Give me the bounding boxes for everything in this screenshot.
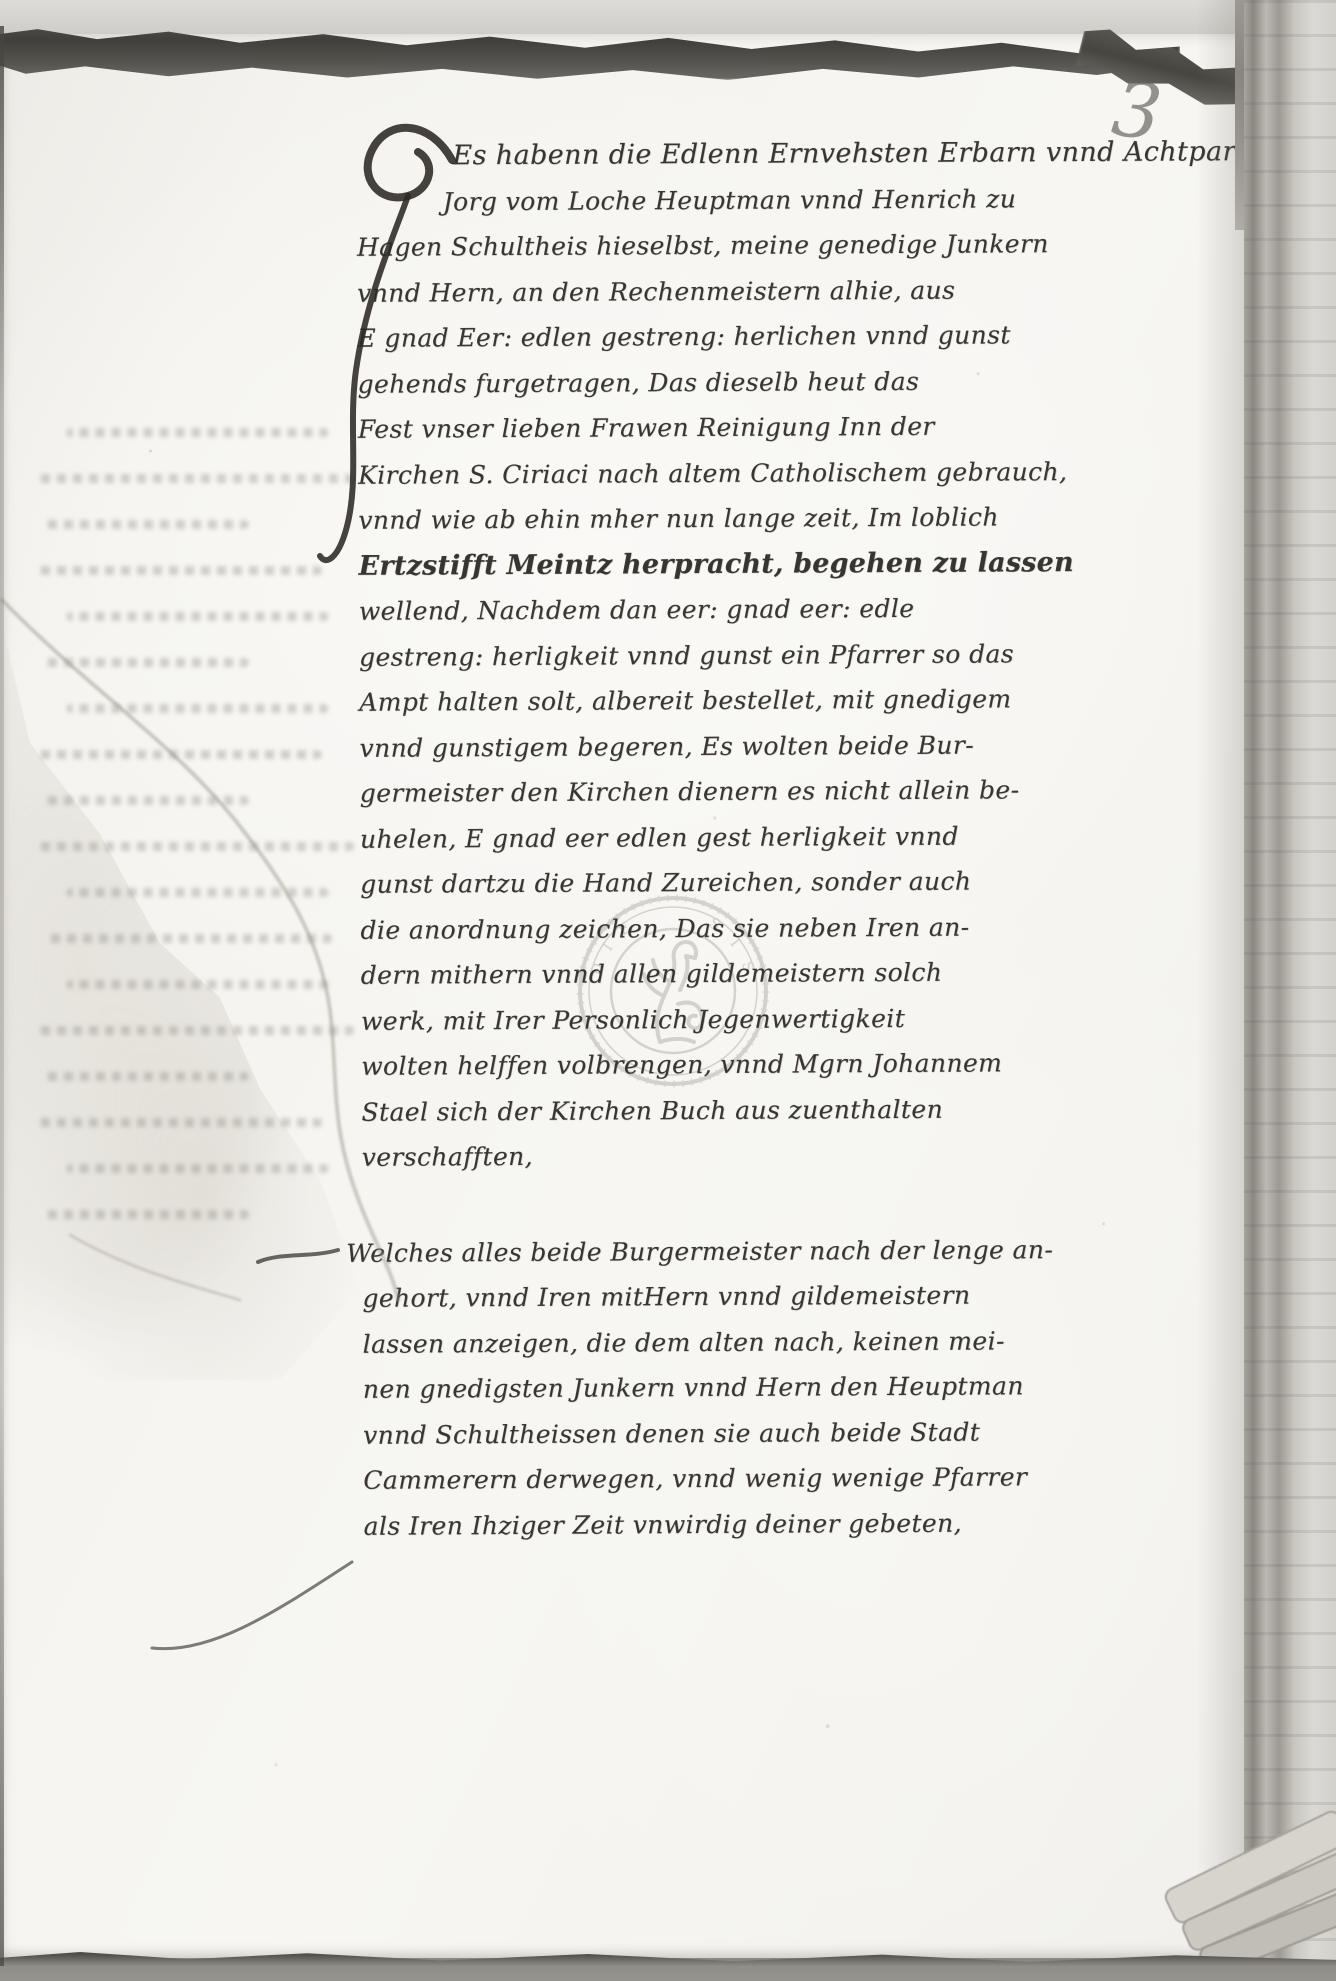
page-stack-edge	[1244, 0, 1336, 1981]
bleedthrough-line	[66, 612, 328, 621]
manuscript-text-block: Es habenn die Edlenn Ernvehsten Erbarn v…	[356, 130, 1043, 1549]
manuscript-line: lassen anzeigen, die dem alten nach, kei…	[363, 1318, 1043, 1367]
paragraph-1: Es habenn die Edlenn Ernvehsten Erbarn v…	[356, 130, 1041, 1180]
bleedthrough-line	[66, 428, 328, 437]
manuscript-line: Welches alles beide Burgermeister nach d…	[346, 1227, 1042, 1276]
manuscript-line: gehends furgetragen, Das dieselb heut da…	[357, 358, 1037, 407]
bleedthrough-line	[34, 1118, 322, 1127]
bleedthrough-line	[66, 704, 328, 713]
page-edge-shadow	[1196, 0, 1248, 1981]
bleedthrough-line	[34, 1026, 354, 1035]
manuscript-line: gunst dartzu die Hand Zureichen, sonder …	[360, 858, 1040, 907]
bleedthrough-line	[44, 1210, 249, 1219]
bleedthrough-line	[44, 658, 249, 667]
manuscript-line: Cammerern derwegen, vnnd wenig wenige Pf…	[363, 1454, 1043, 1503]
bleedthrough-line	[34, 566, 322, 575]
manuscript-line: vnnd Hern, an den Rechenmeistern alhie, …	[357, 267, 1037, 316]
bleedthrough-line	[34, 474, 354, 483]
manuscript-line: uhelen, E gnad eer edlen gest herligkeit…	[360, 813, 1040, 862]
bleedthrough-line	[34, 842, 354, 851]
manuscript-line: Hagen Schultheis hieselbst, meine genedi…	[357, 221, 1037, 270]
bleedthrough-line	[44, 934, 332, 943]
manuscript-line: dern mithern vnnd allen gildemeistern so…	[361, 949, 1041, 998]
manuscript-line: vnnd wie ab ehin mher nun lange zeit, Im…	[358, 494, 1038, 543]
bleedthrough-line	[34, 750, 322, 759]
manuscript-line: Ertzstifft Meintz herpracht, begehen zu …	[358, 540, 1038, 589]
manuscript-line: Fest vnser lieben Frawen Reinigung Inn d…	[358, 403, 1038, 452]
manuscript-line: Kirchen S. Ciriaci nach altem Catholisch…	[358, 449, 1038, 498]
manuscript-line: als Iren Ihziger Zeit vnwirdig deiner ge…	[363, 1500, 1043, 1549]
manuscript-line: E gnad Eer: edlen gestreng: herlichen vn…	[357, 312, 1037, 361]
manuscript-line: nen gnedigsten Junkern vnnd Hern den Heu…	[363, 1363, 1043, 1412]
manuscript-line: Jorg vom Loche Heuptman vnnd Henrich zu	[443, 176, 1037, 225]
manuscript-line: Ampt halten solt, albereit bestellet, mi…	[359, 676, 1039, 725]
manuscript-line: wolten helffen volbrengen, vnnd Mgrn Joh…	[361, 1040, 1041, 1089]
paragraph-2: Welches alles beide Burgermeister nach d…	[362, 1227, 1044, 1549]
manuscript-line: Es habenn die Edlenn Ernvehsten Erbarn v…	[452, 130, 1036, 179]
scan-top-margin	[0, 0, 1260, 34]
bleedthrough-line	[44, 796, 249, 805]
manuscript-line: gehort, vnnd Iren mitHern vnnd gildemeis…	[362, 1272, 1042, 1321]
manuscript-line: die anordnung zeichen, Das sie neben Ire…	[360, 904, 1040, 953]
manuscript-line: Stael sich der Kirchen Buch aus zuenthal…	[361, 1086, 1041, 1135]
bleedthrough-line	[44, 520, 249, 529]
manuscript-line: wellend, Nachdem dan eer: gnad eer: edle	[359, 585, 1039, 634]
manuscript-line: verschafften,	[362, 1131, 1042, 1180]
scan-left-edge	[0, 26, 4, 1966]
bleedthrough-line	[66, 888, 328, 897]
manuscript-line: vnnd gunstigem begeren, Es wolten beide …	[359, 722, 1039, 771]
manuscript-line: werk, mit Irer Personlich Jegenwertigkei…	[361, 995, 1041, 1044]
bleedthrough-line	[66, 1164, 328, 1173]
bleedthrough-line	[66, 980, 328, 989]
manuscript-line: gestreng: herligkeit vnnd gunst ein Pfar…	[359, 631, 1039, 680]
verso-bleedthrough	[34, 428, 354, 1256]
manuscript-line: vnnd Schultheissen denen sie auch beide …	[363, 1409, 1043, 1458]
manuscript-line: germeister den Kirchen dienern es nicht …	[360, 767, 1040, 816]
manuscript-scan-page: SISDIE Es habenn die Edlenn Ernvehsten E…	[0, 0, 1336, 1981]
bleedthrough-line	[44, 1072, 249, 1081]
